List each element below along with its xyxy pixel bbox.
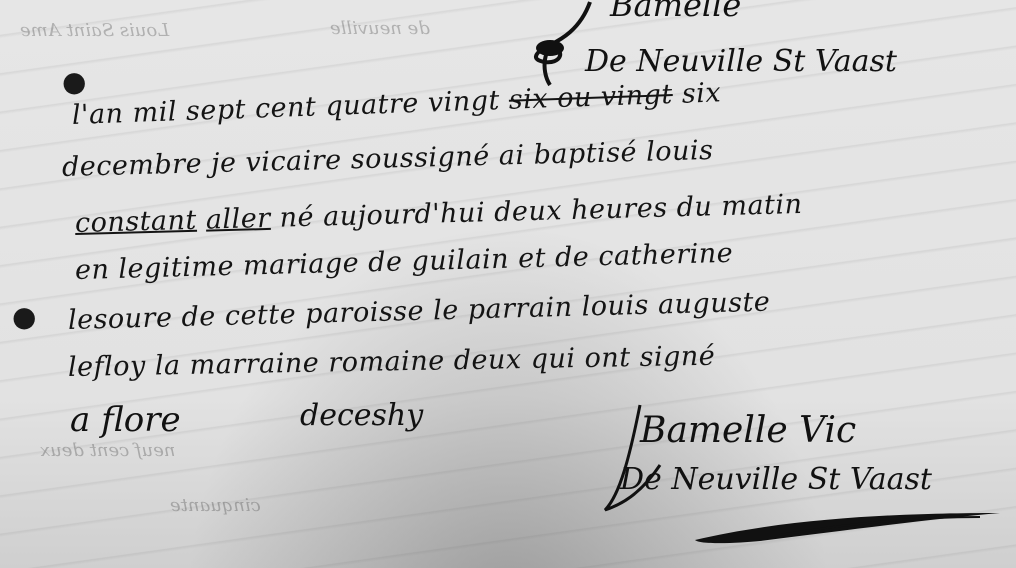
- header-signature-fragment: Bamelle: [610, 0, 741, 24]
- margin-blot: ●: [12, 300, 36, 333]
- bleed-through-text: neuf cent deux: [40, 440, 175, 461]
- margin-blot: ●: [62, 65, 86, 98]
- signature-underline-flourish-icon: [600, 395, 1010, 555]
- record-line-2: decembre je vicaire soussigné ai baptisé…: [62, 135, 714, 183]
- line-text: decembre je vicaire soussigné ai baptisé…: [62, 135, 714, 183]
- register-page: Louis Saint Ame de neuville neuf cent de…: [0, 0, 1016, 568]
- struck-text: six ou vingt: [508, 79, 673, 116]
- bleed-through-text: cinquante: [170, 495, 261, 516]
- line-text: l'an mil sept cent quatre vingt: [71, 85, 500, 131]
- header-signature: De Neuville St Vaast: [585, 44, 897, 79]
- line-text: six: [681, 77, 721, 109]
- line-text: né aujourd'hui deux heures du matin: [279, 189, 803, 234]
- line-text: constant: [75, 205, 198, 239]
- witness-signature-2: deceshy: [300, 398, 423, 433]
- witness-signature-1: a flore: [70, 400, 181, 440]
- line-text: en legitime mariage de guilain et de cat…: [75, 238, 734, 286]
- line-text: lefloy la marraine romaine deux qui ont …: [68, 341, 716, 383]
- record-line-6: lefloy la marraine romaine deux qui ont …: [68, 341, 716, 383]
- bleed-through-text: Louis Saint Ame: [20, 20, 169, 41]
- record-line-5: lesoure de cette paroisse le parrain lou…: [68, 287, 771, 336]
- line-text: lesoure de cette paroisse le parrain lou…: [68, 287, 771, 336]
- underlined-name: aller: [205, 203, 271, 236]
- record-line-1: l'an mil sept cent quatre vingt six ou v…: [71, 77, 721, 131]
- bleed-through-text: de neuville: [330, 18, 430, 39]
- record-line-3: constant aller né aujourd'hui deux heure…: [75, 189, 803, 239]
- record-line-4: en legitime mariage de guilain et de cat…: [75, 238, 734, 286]
